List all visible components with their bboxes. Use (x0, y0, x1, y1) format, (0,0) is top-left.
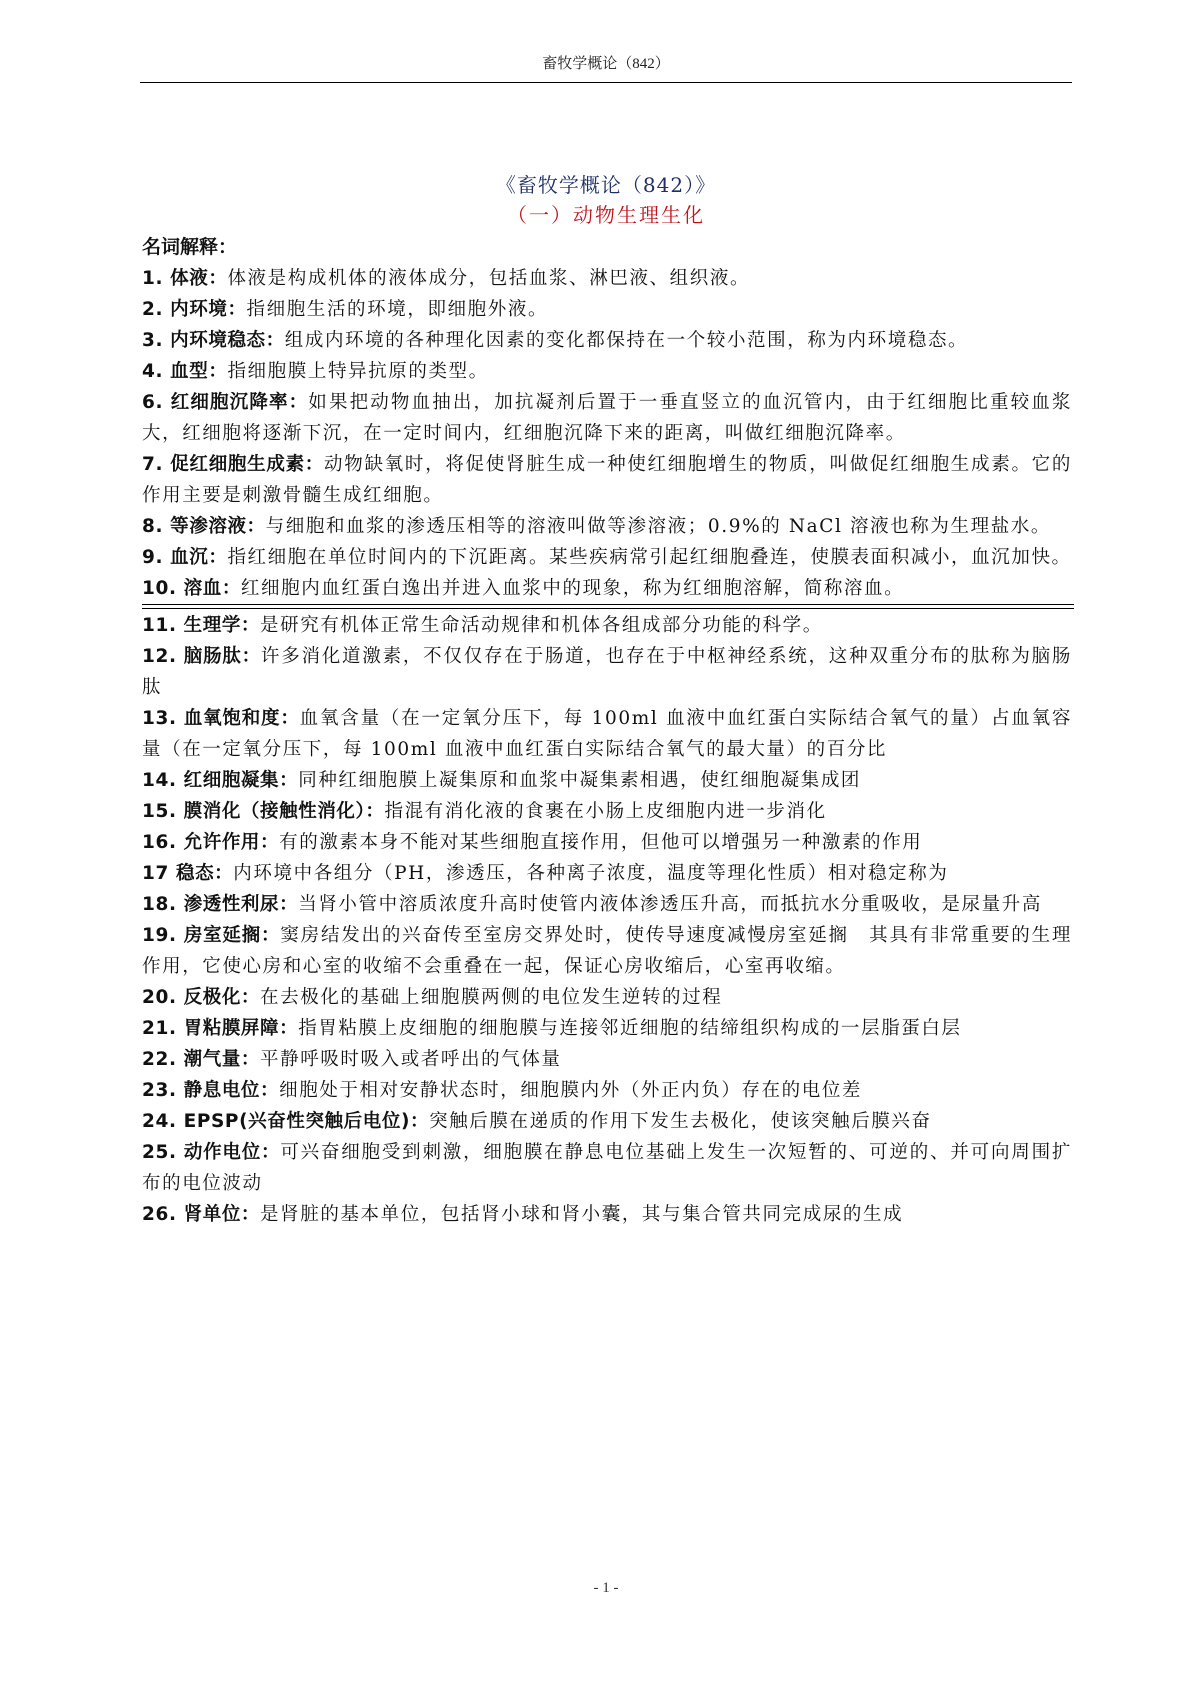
definition-entry: 21. 胃粘膜屏障：指胃粘膜上皮细胞的细胞膜与连接邻近细胞的结缔组织构成的一层脂… (142, 1013, 1072, 1044)
entry-definition: 指红细胞在单位时间内的下沉距离。某些疾病常引起红细胞叠连，使膜表面积减小，血沉加… (227, 547, 1071, 568)
entry-definition: 在去极化的基础上细胞膜两侧的电位发生逆转的过程 (260, 987, 722, 1008)
entry-definition: 窦房结发出的兴奋传至室房交界处时，使传导速度减慢房室延搁 其具有非常重要的生理作… (142, 925, 1072, 977)
definition-entry: 15. 膜消化（接触性消化）：指混有消化液的食裹在小肠上皮细胞内进一步消化 (142, 796, 1072, 827)
definition-entry: 20. 反极化：在去极化的基础上细胞膜两侧的电位发生逆转的过程 (142, 982, 1072, 1013)
definition-entry: 16. 允许作用：有的激素本身不能对某些细胞直接作用，但他可以增强另一种激素的作… (142, 827, 1072, 858)
entry-definition: 细胞处于相对安静状态时，细胞膜内外（外正内负）存在的电位差 (279, 1080, 862, 1101)
entry-term: 3. 内环境稳态： (142, 330, 285, 351)
definition-entry: 7. 促红细胞生成素：动物缺氧时，将促使肾脏生成一种使红细胞增生的物质，叫做促红… (142, 449, 1072, 511)
definition-entry: 1. 体液：体液是构成机体的液体成分，包括血浆、淋巴液、组织液。 (142, 263, 1072, 294)
header-rule (140, 82, 1072, 83)
entry-term: 6. 红细胞沉降率： (142, 392, 308, 413)
entry-term: 17 稳态： (142, 863, 233, 884)
entry-term: 13. 血氧饱和度： (142, 708, 300, 729)
definition-entry: 11. 生理学：是研究有机体正常生命活动规律和机体各组成部分功能的科学。 (142, 610, 1072, 641)
entry-definition: 内环境中各组分（PH，渗透压，各种离子浓度，温度等理化性质）相对稳定称为 (233, 863, 948, 884)
entry-term: 1. 体液： (142, 268, 227, 289)
entry-term: 14. 红细胞凝集： (142, 770, 298, 791)
definition-entry: 13. 血氧饱和度：血氧含量（在一定氧分压下，每 100ml 血液中血红蛋白实际… (142, 703, 1072, 765)
definition-entry: 12. 脑肠肽：许多消化道激素，不仅仅存在于肠道，也存在于中枢神经系统，这种双重… (142, 641, 1072, 703)
definition-entry: 3. 内环境稳态：组成内环境的各种理化因素的变化都保持在一个较小范围，称为内环境… (142, 325, 1072, 356)
entry-definition: 红细胞内血红蛋白逸出并进入血浆中的现象，称为红细胞溶解，简称溶血。 (241, 578, 904, 599)
entry-definition: 指混有消化液的食裹在小肠上皮细胞内进一步消化 (384, 801, 826, 822)
definition-entry: 22. 潮气量：平静呼吸时吸入或者呼出的气体量 (142, 1044, 1072, 1075)
entry-term: 16. 允许作用： (142, 832, 279, 853)
entry-term: 2. 内环境： (142, 299, 247, 320)
entry-term: 24. EPSP(兴奋性突触后电位)： (142, 1111, 429, 1132)
entry-term: 19. 房室延搁： (142, 925, 280, 946)
definition-entry: 10. 溶血：红细胞内血红蛋白逸出并进入血浆中的现象，称为红细胞溶解，简称溶血。 (142, 573, 1072, 604)
entry-definition: 指胃粘膜上皮细胞的细胞膜与连接邻近细胞的结缔组织构成的一层脂蛋白层 (298, 1018, 961, 1039)
section-subtitle: （一）动物生理生化 (140, 199, 1072, 228)
entry-definition: 有的激素本身不能对某些细胞直接作用，但他可以增强另一种激素的作用 (279, 832, 922, 853)
definitions-list: 1. 体液：体液是构成机体的液体成分，包括血浆、淋巴液、组织液。 2. 内环境：… (142, 263, 1072, 1230)
entry-definition: 许多消化道激素，不仅仅存在于肠道，也存在于中枢神经系统，这种双重分布的肽称为脑肠… (142, 646, 1072, 698)
entry-term: 9. 血沉： (142, 547, 227, 568)
entry-definition: 体液是构成机体的液体成分，包括血浆、淋巴液、组织液。 (227, 268, 750, 289)
entry-term: 26. 肾单位： (142, 1204, 260, 1225)
entry-term: 11. 生理学： (142, 615, 260, 636)
section-heading: 名词解释： (142, 232, 237, 259)
entry-term: 20. 反极化： (142, 987, 260, 1008)
definition-entry: 8. 等渗溶液：与细胞和血浆的渗透压相等的溶液叫做等渗溶液；0.9%的 NaCl… (142, 511, 1072, 542)
entry-term: 21. 胃粘膜屏障： (142, 1018, 298, 1039)
entry-definition: 突触后膜在递质的作用下发生去极化，使该突触后膜兴奋 (429, 1111, 932, 1132)
entry-term: 22. 潮气量： (142, 1049, 260, 1070)
entry-definition: 是肾脏的基本单位，包括肾小球和肾小囊，其与集合管共同完成尿的生成 (260, 1204, 903, 1225)
definition-entry: 26. 肾单位：是肾脏的基本单位，包括肾小球和肾小囊，其与集合管共同完成尿的生成 (142, 1199, 1072, 1230)
running-header: 畜牧学概论（842） (140, 52, 1072, 73)
entry-term: 12. 脑肠肽： (142, 646, 261, 667)
entry-term: 7. 促红细胞生成素： (142, 454, 324, 475)
entry-term: 18. 渗透性利尿： (142, 894, 298, 915)
definition-entry: 19. 房室延搁：窦房结发出的兴奋传至室房交界处时，使传导速度减慢房室延搁 其具… (142, 920, 1072, 982)
entry-definition: 指细胞膜上特异抗原的类型。 (227, 361, 488, 382)
entry-definition: 平静呼吸时吸入或者呼出的气体量 (260, 1049, 562, 1070)
definition-entry: 2. 内环境：指细胞生活的环境，即细胞外液。 (142, 294, 1072, 325)
entry-term: 4. 血型： (142, 361, 227, 382)
definition-entry: 18. 渗透性利尿：当肾小管中溶质浓度升高时使管内液体渗透压升高，而抵抗水分重吸… (142, 889, 1072, 920)
definition-entry: 9. 血沉：指红细胞在单位时间内的下沉距离。某些疾病常引起红细胞叠连，使膜表面积… (142, 542, 1072, 573)
document-title: 《畜牧学概论（842）》 (140, 169, 1072, 198)
page-number: - 1 - (140, 1580, 1072, 1597)
definition-entry: 23. 静息电位：细胞处于相对安静状态时，细胞膜内外（外正内负）存在的电位差 (142, 1075, 1072, 1106)
definition-entry: 14. 红细胞凝集：同种红细胞膜上凝集原和血浆中凝集素相遇，使红细胞凝集成团 (142, 765, 1072, 796)
entry-definition: 是研究有机体正常生命活动规律和机体各组成部分功能的科学。 (260, 615, 823, 636)
entry-definition: 同种红细胞膜上凝集原和血浆中凝集素相遇，使红细胞凝集成团 (298, 770, 861, 791)
entry-term: 25. 动作电位： (142, 1142, 280, 1163)
entry-definition: 可兴奋细胞受到刺激，细胞膜在静息电位基础上发生一次短暂的、可逆的、并可向周围扩布… (142, 1142, 1072, 1194)
entry-definition: 组成内环境的各种理化因素的变化都保持在一个较小范围，称为内环境稳态。 (285, 330, 968, 351)
double-rule-divider (142, 604, 1074, 609)
entry-term: 10. 溶血： (142, 578, 241, 599)
definition-entry: 4. 血型：指细胞膜上特异抗原的类型。 (142, 356, 1072, 387)
entry-definition: 与细胞和血浆的渗透压相等的溶液叫做等渗溶液；0.9%的 NaCl 溶液也称为生理… (266, 516, 1051, 537)
entry-term: 8. 等渗溶液： (142, 516, 266, 537)
entry-term: 23. 静息电位： (142, 1080, 279, 1101)
definition-entry: 17 稳态：内环境中各组分（PH，渗透压，各种离子浓度，温度等理化性质）相对稳定… (142, 858, 1072, 889)
entry-definition: 指细胞生活的环境，即细胞外液。 (247, 299, 549, 320)
definition-entry: 24. EPSP(兴奋性突触后电位)：突触后膜在递质的作用下发生去极化，使该突触… (142, 1106, 1072, 1137)
entry-definition: 当肾小管中溶质浓度升高时使管内液体渗透压升高，而抵抗水分重吸收，是尿量升高 (298, 894, 1042, 915)
definition-entry: 25. 动作电位：可兴奋细胞受到刺激，细胞膜在静息电位基础上发生一次短暂的、可逆… (142, 1137, 1072, 1199)
definition-entry: 6. 红细胞沉降率：如果把动物血抽出，加抗凝剂后置于一垂直竖立的血沉管内，由于红… (142, 387, 1072, 449)
entry-term: 15. 膜消化（接触性消化）： (142, 801, 384, 822)
